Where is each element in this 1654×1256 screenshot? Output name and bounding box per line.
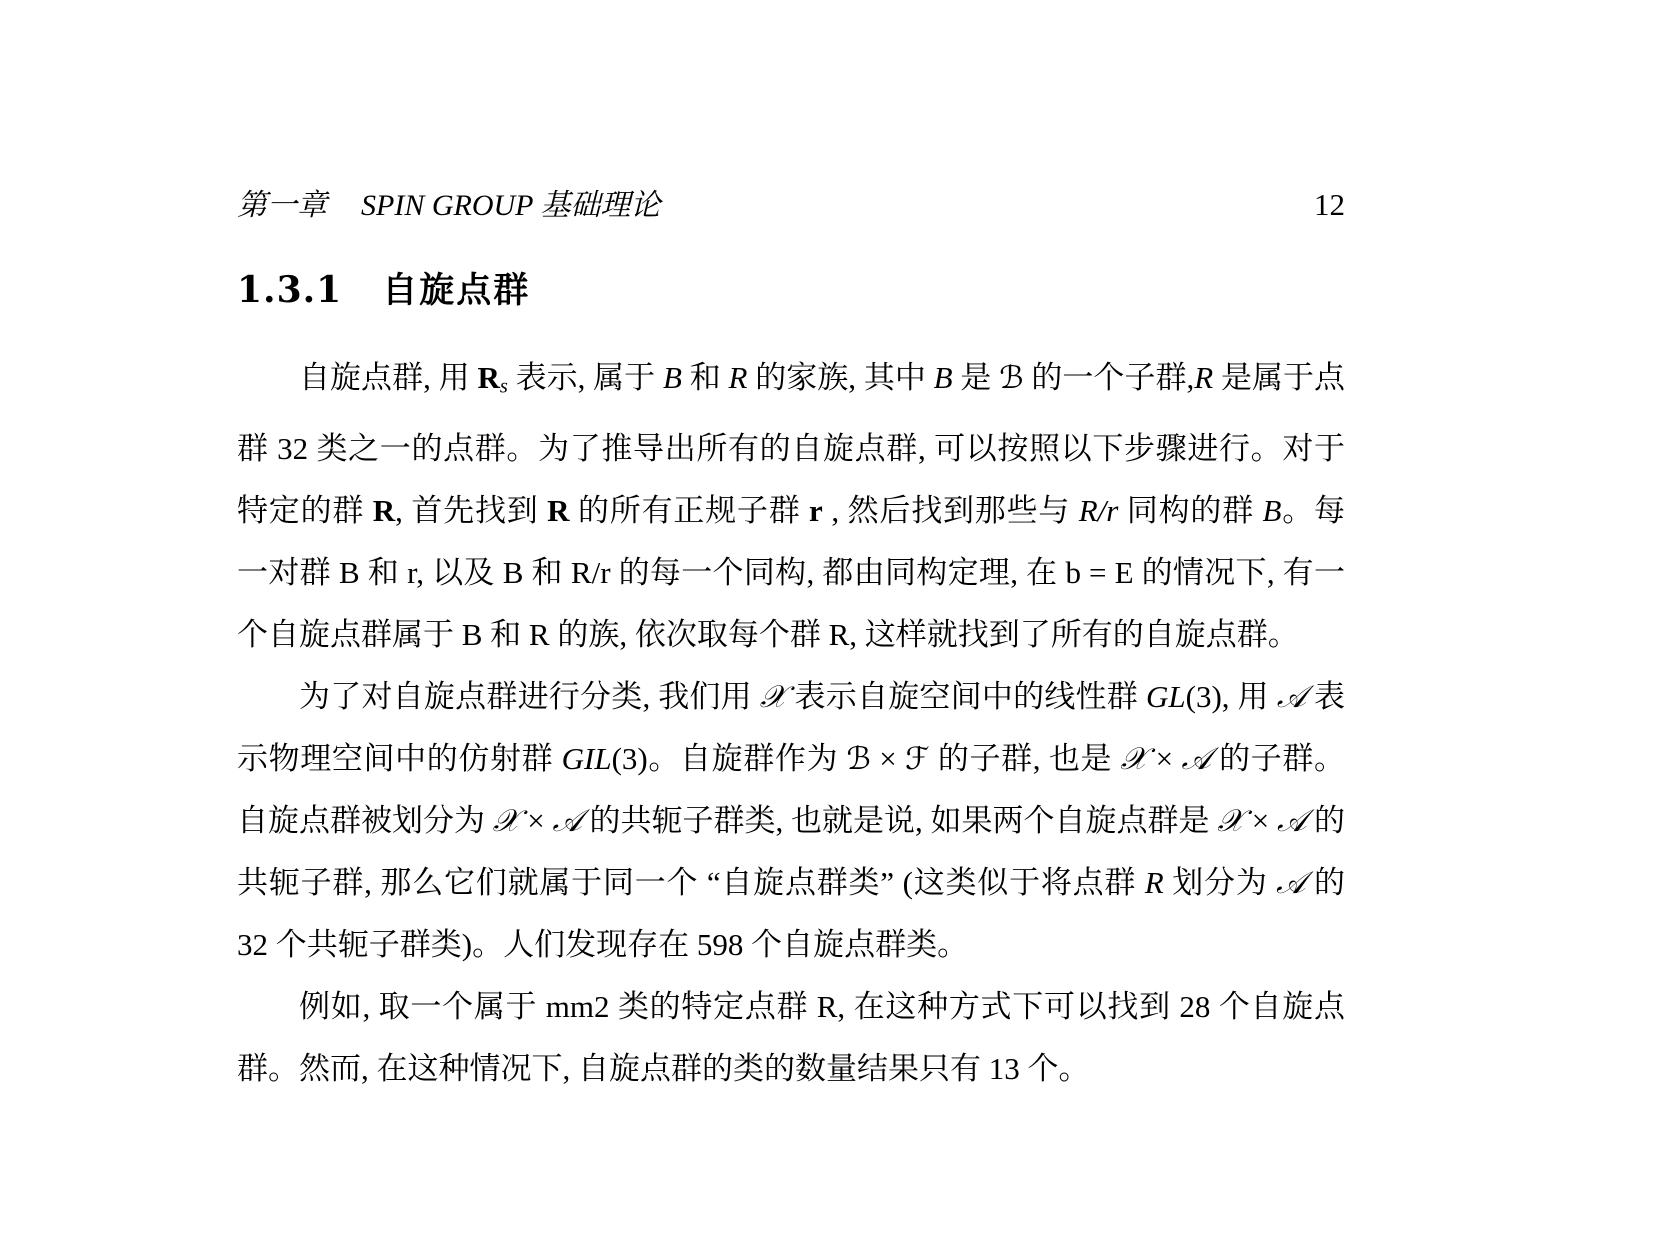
chapter-title: SPIN GROUP 基础理论 bbox=[361, 189, 660, 222]
section-number: 1.3.1 bbox=[237, 269, 342, 311]
running-header: 第一章SPIN GROUP 基础理论 12 bbox=[237, 186, 1345, 225]
paragraph-1: 自旋点群, 用 Rs 表示, 属于 B 和 R 的家族, 其中 B 是 ℬ 的一… bbox=[237, 347, 1345, 666]
document-page: 第一章SPIN GROUP 基础理论 12 1.3.1 自旋点群 自旋点群, 用… bbox=[0, 0, 1654, 1256]
paragraph-3: 例如, 取一个属于 mm2 类的特定点群 R, 在这种方式下可以找到 28 个自… bbox=[237, 976, 1345, 1100]
chapter-label: 第一章 bbox=[237, 189, 327, 222]
section-heading: 1.3.1 自旋点群 bbox=[237, 263, 1345, 313]
chapter-header: 第一章SPIN GROUP 基础理论 bbox=[237, 187, 660, 225]
body-text: 自旋点群, 用 Rs 表示, 属于 B 和 R 的家族, 其中 B 是 ℬ 的一… bbox=[237, 347, 1345, 1100]
section-title: 自旋点群 bbox=[382, 263, 530, 313]
page-number: 12 bbox=[1314, 186, 1345, 224]
paragraph-2: 为了对自旋点群进行分类, 我们用 𝒳 表示自旋空间中的线性群 GL(3), 用 … bbox=[237, 666, 1345, 976]
page-content: 第一章SPIN GROUP 基础理论 12 1.3.1 自旋点群 自旋点群, 用… bbox=[237, 186, 1345, 1100]
